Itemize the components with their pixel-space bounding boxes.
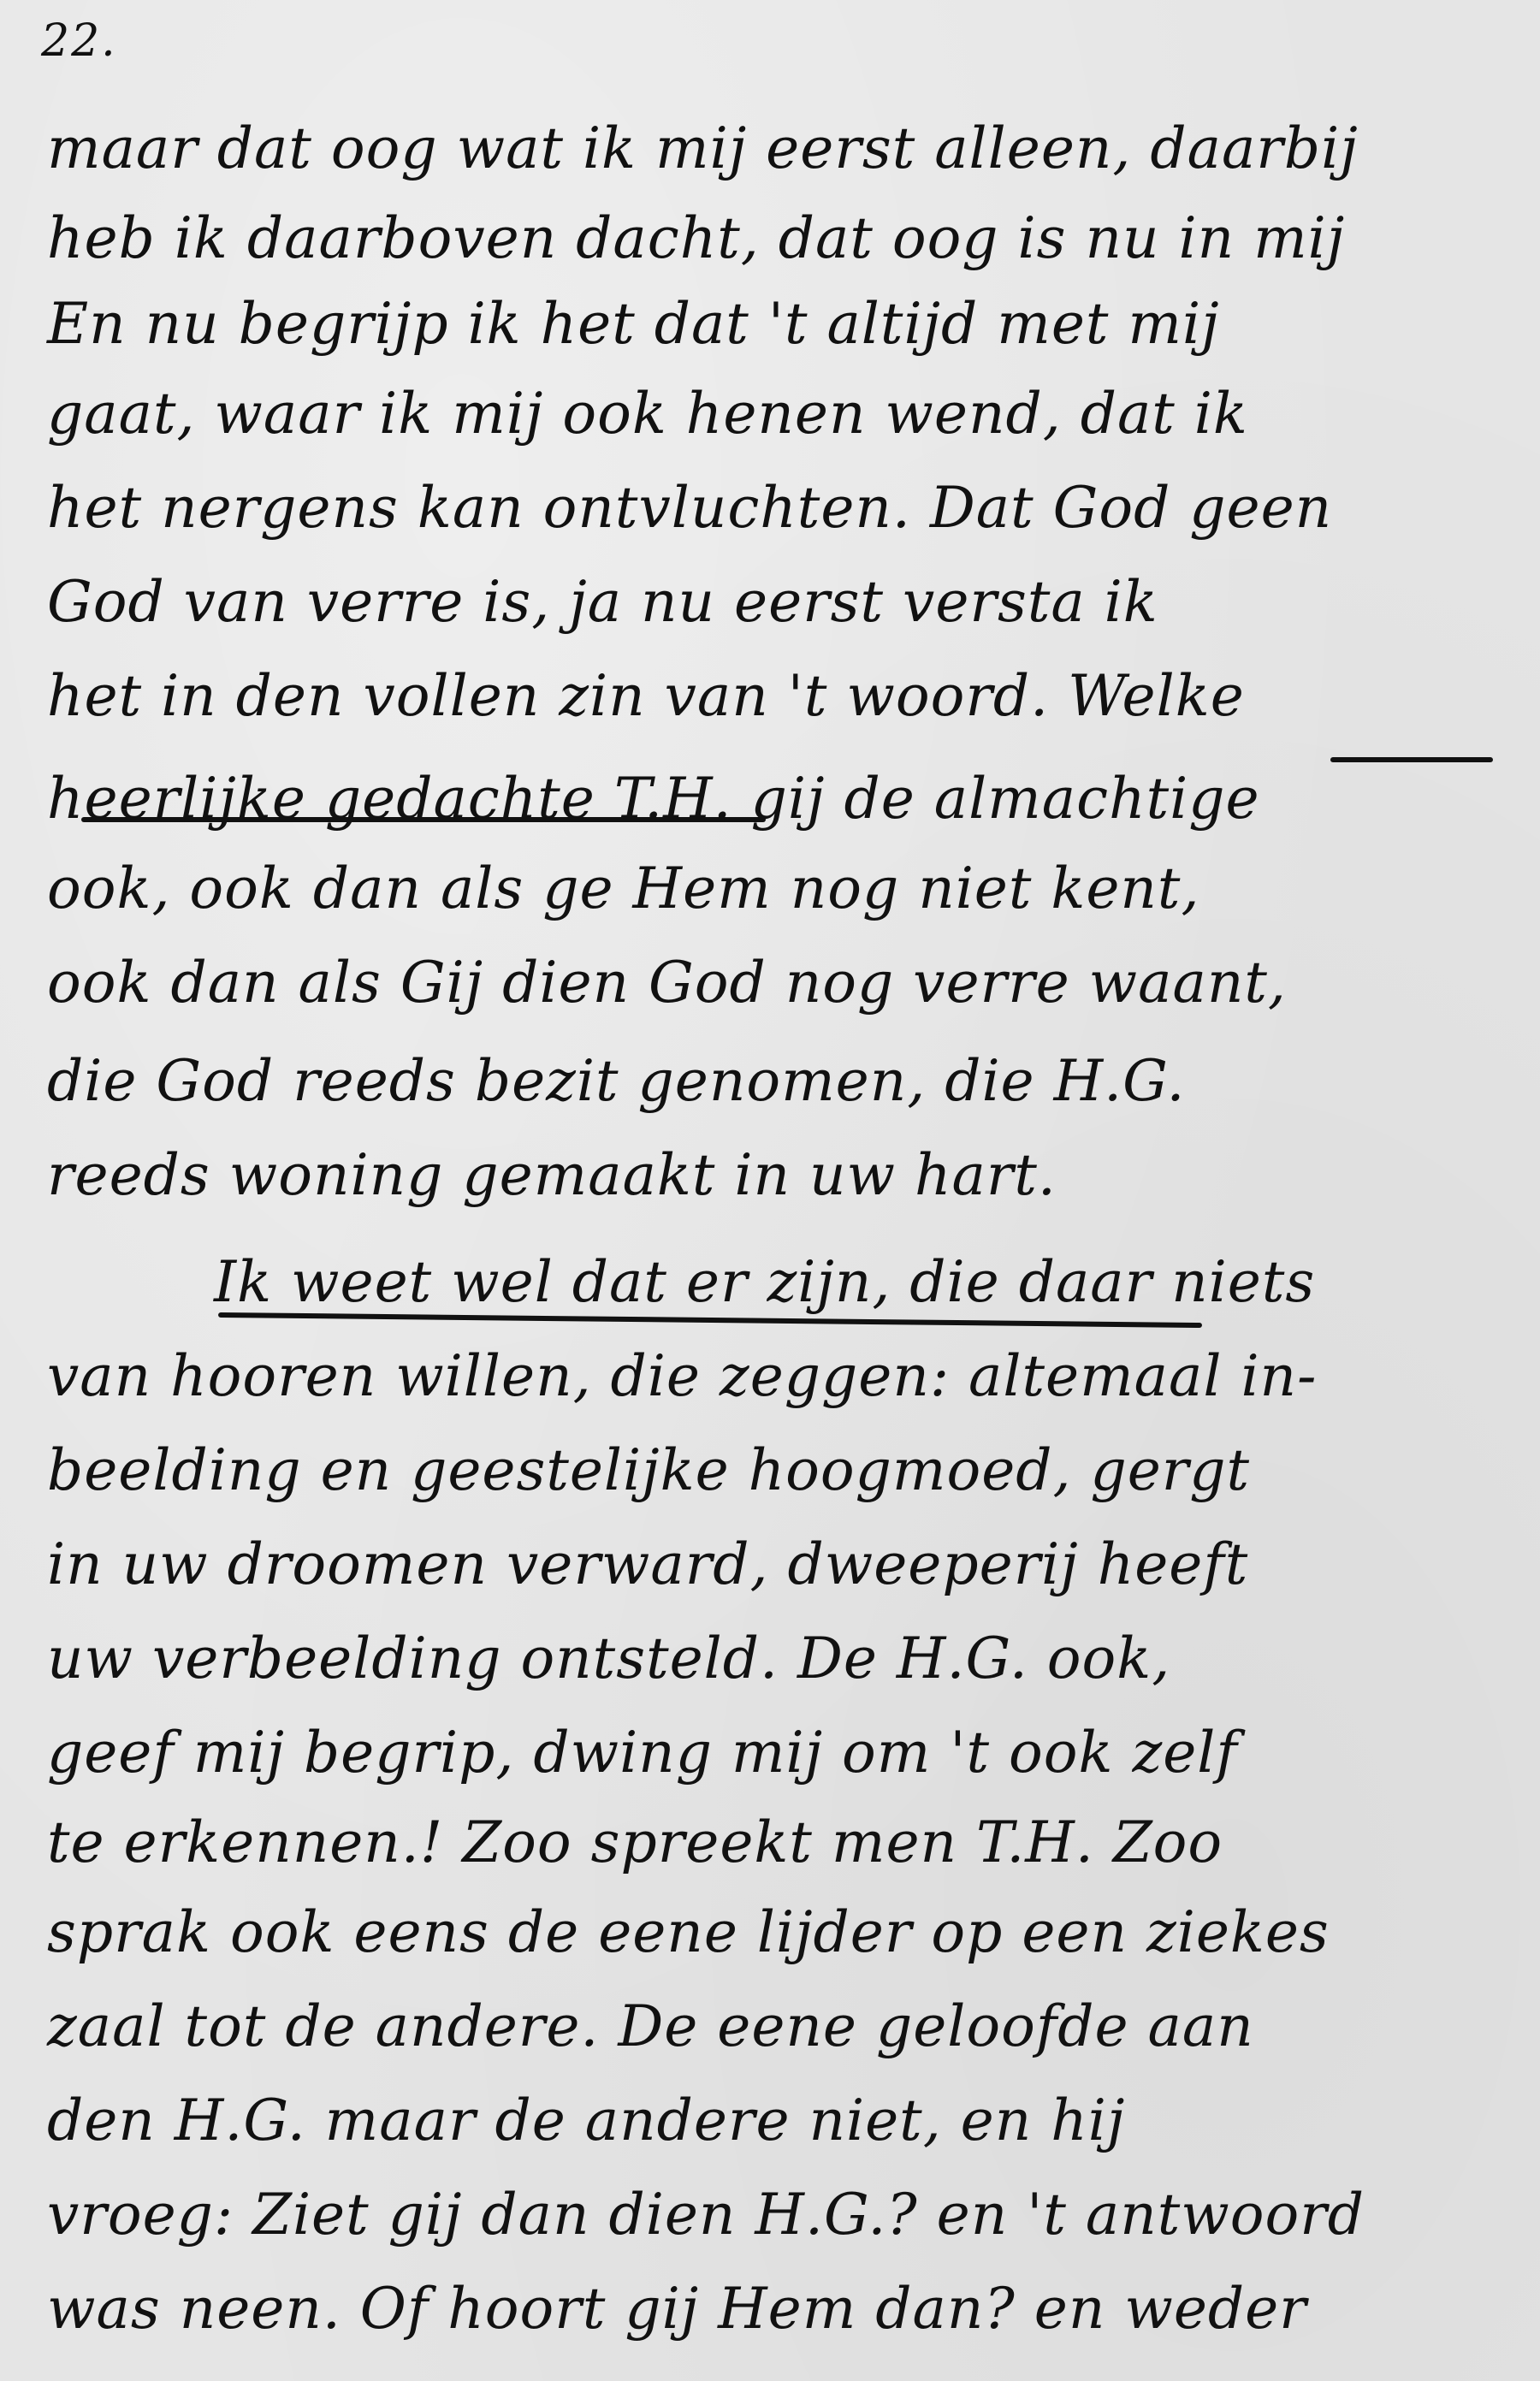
text-line: heb ik daarboven dacht, dat oog is nu in…	[47, 205, 1501, 271]
text-line: uw verbeelding ontsteld. De H.G. ook,	[47, 1626, 1501, 1691]
underline-mark	[81, 817, 766, 822]
text-line: te erkennen.! Zoo spreekt men T.H. Zoo	[47, 1809, 1501, 1875]
text-line: God van verre is, ja nu eerst versta ik	[47, 569, 1501, 635]
text-line: En nu begrijp ik het dat 't altijd met m…	[47, 291, 1501, 357]
text-line: het nergens kan ontvluchten. Dat God gee…	[47, 475, 1501, 541]
text-line: in uw droomen verward, dweeperij heeft	[47, 1531, 1501, 1597]
underline-mark	[1330, 757, 1493, 762]
text-line: ook, ook dan als ge Hem nog niet kent,	[47, 856, 1501, 921]
text-line: gaat, waar ik mij ook henen wend, dat ik	[47, 381, 1501, 447]
text-line: beelding en geestelijke hoogmoed, gergt	[47, 1437, 1501, 1503]
text-line: den H.G. maar de andere niet, en hij	[47, 2088, 1501, 2153]
page-number: 22.	[41, 15, 117, 67]
text-line: geef mij begrip, dwing mij om 't ook zel…	[47, 1720, 1501, 1786]
text-line: was neen. Of hoort gij Hem dan? en weder	[47, 2276, 1501, 2342]
text-line: maar dat oog wat ik mij eerst alleen, da…	[47, 115, 1501, 181]
text-line: van hooren willen, die zeggen: altemaal …	[47, 1343, 1501, 1409]
text-line: die God reeds bezit genomen, die H.G.	[47, 1048, 1501, 1114]
text-line: sprak ook eens de eene lijder op een zie…	[47, 1899, 1501, 1965]
text-line: Ik weet wel dat er zijn, die daar niets	[214, 1249, 1540, 1315]
manuscript-page: 22. maar dat oog wat ik mij eerst alleen…	[0, 0, 1540, 2381]
text-line: ook dan als Gij dien God nog verre waant…	[47, 950, 1501, 1016]
text-line: het in den vollen zin van 't woord. Welk…	[47, 663, 1501, 729]
text-line: vroeg: Ziet gij dan dien H.G.? en 't ant…	[47, 2182, 1501, 2248]
text-line: zaal tot de andere. De eene geloofde aan	[47, 1993, 1501, 2059]
text-line: reeds woning gemaakt in uw hart.	[47, 1142, 1501, 1208]
